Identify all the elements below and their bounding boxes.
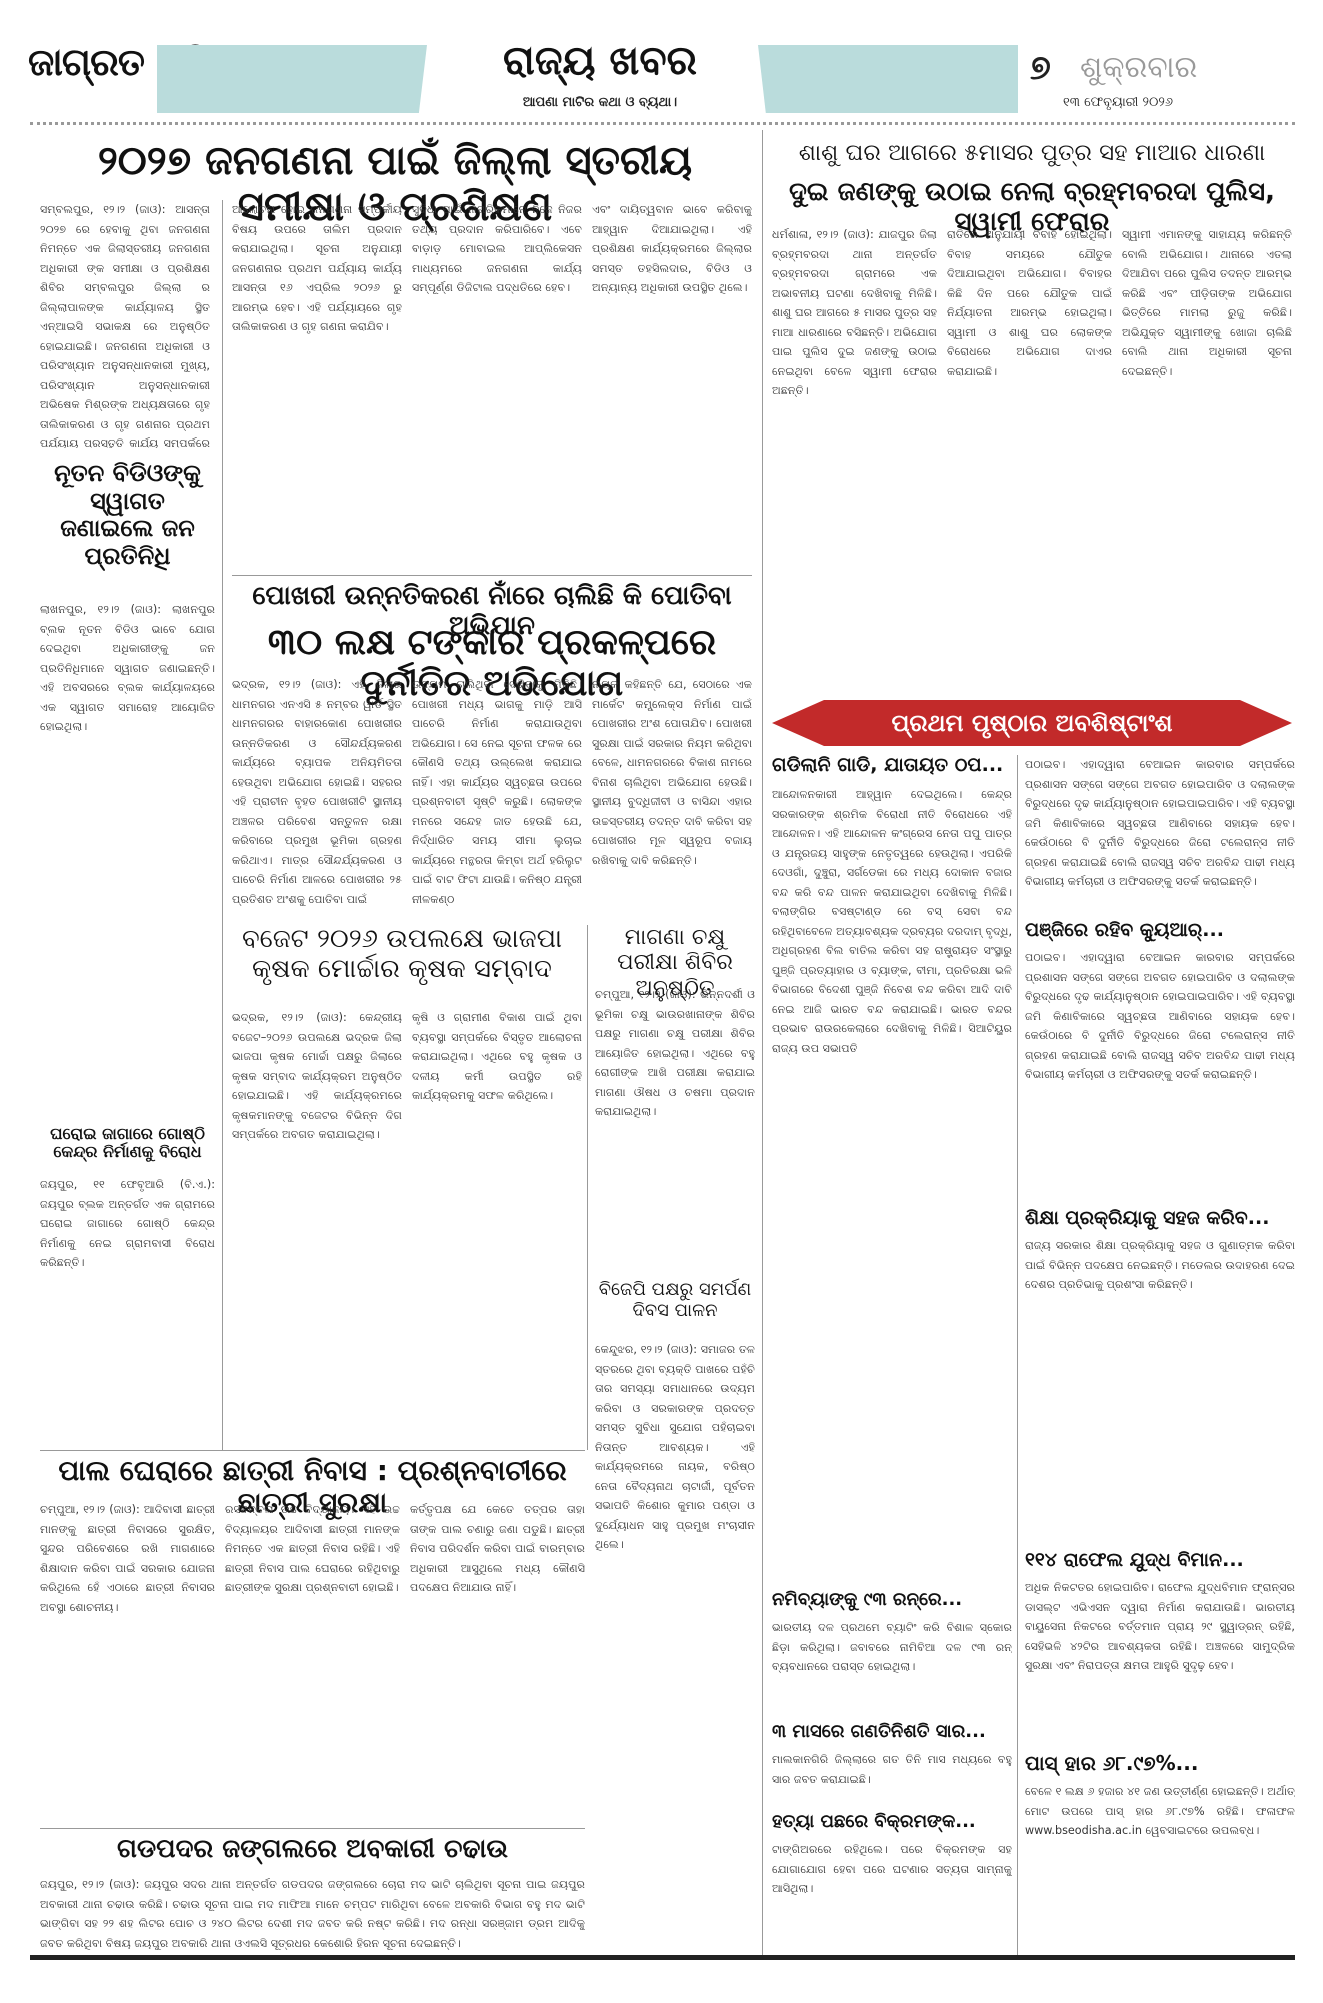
- date-label: ୧୩ ଫେବୃୟାରୀ ୨୦୨୬: [1063, 95, 1173, 110]
- day-label: ଶୁକ୍ରବାର: [1080, 50, 1197, 85]
- header-band-left: [157, 45, 427, 113]
- headline-education: ଶିକ୍ଷା ପ୍ରକ୍ରିୟାକୁ ସହଜ କରିବ...: [1025, 1208, 1295, 1230]
- article-namibia-body: ଭାରତୀୟ ଦଳ ପ୍ରଥମେ ବ୍ୟାଟିଂ କରି ବିଶାଳ ସ୍କୋର…: [772, 1618, 1012, 1718]
- article-qr-continued: ପଠାଇବ। ଏହାଦ୍ୱାରା ବେଆଇନ କାରବାର ସମ୍ପର୍କରେ …: [1025, 755, 1295, 915]
- header-divider: [30, 122, 1295, 125]
- article-census-col3: ସୁବିଧା ପାଇଁ ନାଗରିକମାନେ ନିଜେ ନିଜର ତଥ୍ୟ ପ୍…: [412, 200, 582, 448]
- headline-new-bdo: ନୂତନ ବିଡିଓଙ୍କୁ ସ୍ୱାଗତ ଜଣାଇଲେ ଜନ ପ୍ରତିନିଧ…: [40, 460, 215, 570]
- column-rule: [587, 925, 588, 1450]
- headline-rafale: ୧୧୪ ରାଫେଲ ଯୁଦ୍ଧ ବିମାନ...: [1025, 1550, 1295, 1572]
- headline-pass-rate: ପାସ୍ ହାର ୬୮.୯୭%...: [1025, 1752, 1295, 1775]
- article-education-body: ରାଜ୍ୟ ସରକାର ଶିକ୍ଷା ପ୍ରକ୍ରିୟାକୁ ସହଜ ଓ ଗୁଣ…: [1025, 1236, 1295, 1546]
- section-divider: [40, 1828, 585, 1829]
- article-samarpan-body: କେନ୍ଦୁଝର, ୧୨।୨ (ଜାଓ): ସମାଜର ତଳ ସ୍ତରରେ ଥି…: [595, 1340, 755, 1950]
- header-band-right: [758, 45, 1018, 113]
- section-divider: [40, 1450, 585, 1451]
- article-hostel-col2: ରସବନ୍ତଳା ଉଚ୍ଚ ବିଦ୍ୟାଳୟ। ଏହି ଉଚ୍ଚ ବିଦ୍ୟାଳ…: [225, 1500, 400, 1820]
- headline-qr-register: ପଞ୍ଜିରେ ରହିବ କ୍ୟୁଆର୍...: [1025, 920, 1295, 942]
- article-census-col4: ଏବଂ ଦାୟିତ୍ୱବାନ ଭାବେ କରିବାକୁ ଆହ୍ୱାନ ଦିଆଯା…: [592, 200, 752, 448]
- headline-bandh: ଗଡିଲାନି ଗାଡି, ଯାତାୟତ ଠପ...: [772, 755, 1012, 777]
- article-pond-col3: ନାୟକ କହିଛନ୍ତି ଯେ, ସେଠାରେ ଏକ ମାର୍କେଟ କମ୍ପ…: [592, 675, 752, 915]
- article-fertilizer-body: ମାଲକାନଗିରି ଜିଲ୍ଲାରେ ଗତ ତିନି ମାସ ମଧ୍ୟରେ ବ…: [772, 1750, 1012, 1810]
- article-pond-col2: ଉଦ୍ୟମ ଚାଲିଥିବା ଦେଖିବାକୁ ମିଳିଛି। ପୋଖରୀ ମଧ…: [412, 675, 582, 915]
- article-dowry-col1: ଧର୍ମଶାଳା, ୧୨।୨ (ଜାଓ): ଯାଜପୁର ଜିଲା ବ୍ରହ୍ମ…: [772, 225, 937, 690]
- headline-budget-farmers: ବଜେଟ ୨୦୨୬ ଉପଲକ୍ଷେ ଭାଜପା କୃଷକ ମୋର୍ଚ୍ଚାର କ…: [232, 925, 572, 985]
- article-budget-col1: ଭଦ୍ରକ, ୧୨।୨ (ଜାଓ): କେନ୍ଦ୍ରୀୟ ବଜେଟ–୨୦୨୬ ଉ…: [232, 1008, 402, 1448]
- column-rule: [1017, 755, 1018, 1955]
- section-title: ରାଜ୍ୟ ଖବର: [440, 38, 760, 84]
- article-eye-camp-body: ଚମ୍ପୁଆ, ୧୨।୨ (ଜାଓ): ଭିନ୍ନଦର୍ଶୀ ଓ ଭୂମିକା …: [595, 985, 755, 1275]
- article-community-centre-body: ଜୟପୁର, ୧୧ ଫେବୃଆରି (ବି.ଏ.): ଜୟପୁର ବ୍ଲକ ଅନ…: [40, 1175, 215, 1445]
- article-budget-col2: କୃଷି ଓ ଗ୍ରାମୀଣ ବିକାଶ ପାଇଁ ଥିବା ବ୍ୟବସ୍ଥା …: [412, 1008, 582, 1448]
- article-new-bdo-body: ଲାଖନପୁର, ୧୨।୨ (ଜାଓ): ଲାଖନପୁର ବ୍ଲକ ନୂତନ ବ…: [40, 600, 215, 1120]
- article-excise-body: ଜୟପୁର, ୧୨।୨ (ଜାଓ): ଜୟପୁର ସଦର ଥାନା ଅନ୍ତର୍…: [40, 1875, 585, 1953]
- article-census-col1: ସମ୍ବଲପୁର, ୧୨।୨ (ଜାଓ): ଆସନ୍ତା ୨୦୨୭ ରେ ହେବ…: [40, 200, 210, 448]
- article-pass-rate-body: ବେଳେ ୧ ଲକ୍ଷ ୬ ହଜାର ୪୧ ଜଣ ଉତ୍ତୀର୍ଣ୍ଣ ହୋଇଛ…: [1025, 1782, 1295, 1952]
- headline-fertilizer: ୩ ମାସରେ ଗଣତିନିଶତି ସାର...: [772, 1722, 1012, 1743]
- headline-samarpan-day: ବିଜେପି ପକ୍ଷରୁ ସମର୍ପଣ ଦିବସ ପାଳନ: [595, 1280, 755, 1321]
- article-qr-body: ପଠାଇବ। ଏହାଦ୍ୱାରା ବେଆଇନ କାରବାର ସମ୍ପର୍କରେ …: [1025, 948, 1295, 1203]
- kicker-dowry: ଶାଶୁ ଘର ଆଗରେ ୫ମାସର ପୁତ୍ର ସହ ମାଆର ଧାରଣା: [772, 140, 1292, 166]
- article-dowry-col3: ସ୍ୱାମୀ ଏମାନଙ୍କୁ ସାହାଯ୍ୟ କରିଛନ୍ତି ବୋଲି ଅଭ…: [1122, 225, 1292, 690]
- headline-community-centre: ଘରୋଇ ଜାଗାରେ ଗୋଷ୍ଠି କେନ୍ଦ୍ର ନିର୍ମାଣକୁ ବିର…: [40, 1125, 215, 1162]
- page-bottom-rule: [30, 1955, 1295, 1960]
- continued-from-front-banner: ପ୍ରଥମ ପୃଷ୍ଠାର ଅବଶିଷ୍ଟାଂଶ: [772, 700, 1292, 746]
- article-murder-body: ଟାଙ୍ଗିଅରରେ ରହିଥିଲେ। ପରେ ବିକ୍ରମଙ୍କ ସହ ଯୋଗ…: [772, 1840, 1012, 1952]
- section-subtitle: ଆପଣା ମାଟିର କଥା ଓ ବ୍ୟଥା।: [440, 95, 760, 110]
- headline-murder: ହତ୍ୟା ପଛରେ ବିକ୍ରମଙ୍କ...: [772, 1812, 1012, 1833]
- article-dowry-col2: ରାତିରେ ଅନୁଯାୟୀ ବିବାହ ହୋଇଥିଲା। ବିବାହ ସମୟର…: [947, 225, 1112, 690]
- page-number: ୭: [1030, 48, 1051, 88]
- article-census-col2: ଆଲୋଚନା ହୋଇ ଜନଗଣନା ସମ୍ପର୍କୀୟ ବିଷୟ ଉପରେ ତା…: [232, 200, 402, 448]
- article-bandh-body: ଆନ୍ଦୋଳନକାରୀ ଆହ୍ୱାନ ଦେଇଥିଲେ। କେନ୍ଦ୍ର ସରକା…: [772, 785, 1012, 1585]
- article-hostel-col1: ଚମ୍ପୁଆ, ୧୨।୨ (ଜାଓ): ଆଦିବାସୀ ଛାତ୍ରୀ ମାନଙ୍…: [40, 1500, 215, 1820]
- column-rule: [762, 130, 763, 1955]
- article-rafale-body: ଅଧିକ ନିକଟତର ହୋଇପାରିବ। ରାଫେଲ ଯୁଦ୍ଧବିମାନ ଫ…: [1025, 1578, 1295, 1748]
- headline-namibia: ନମିବ୍ୟାଙ୍କୁ ୯୩ ରନ୍‌ରେ...: [772, 1590, 1012, 1611]
- article-hostel-col3: କର୍ତ୍ତୃପକ୍ଷ ଯେ କେତେ ତତ୍ପର ତାହା ତାଙ୍କ ପାଲ…: [410, 1500, 585, 1820]
- article-pond-col1: ଭଦ୍ରକ, ୧୨।୨ (ଜାଓ): ଏହି ଜିଲାର ଧାମନଗର ଏନଏସ…: [232, 675, 402, 915]
- section-divider: [232, 575, 752, 576]
- column-rule: [222, 200, 223, 1450]
- headline-excise-raid: ଗଡପଦର ଜଙ୍ଗଲରେ ଅବକାରୀ ଚଢାଉ: [40, 1835, 585, 1865]
